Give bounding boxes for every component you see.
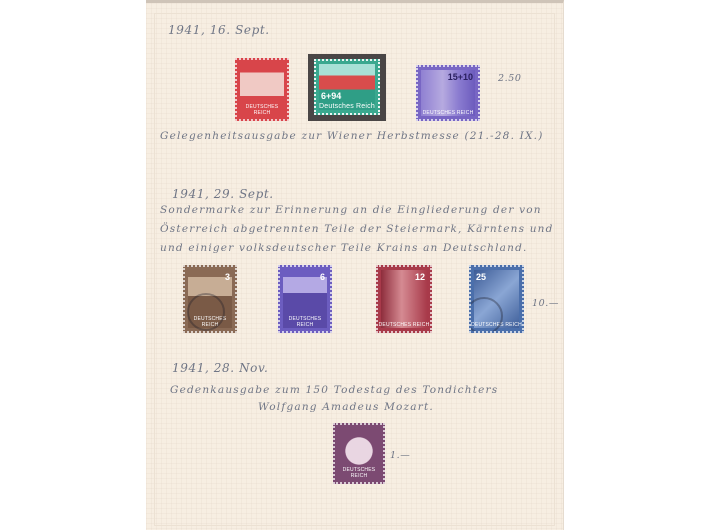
section3-date: 1941, 28. Nov.	[172, 361, 268, 375]
section2-description-line2: Österreich abgetrennten Teile der Steier…	[160, 223, 554, 235]
stamp-mozart[interactable]: DEUTSCHES REICH	[333, 423, 385, 484]
section2-description-line3: und einiger volksdeutscher Teile Krains …	[160, 242, 528, 254]
stamp-country: Deutsches Reich	[316, 103, 378, 110]
section1-price: 2.50	[498, 73, 522, 84]
section2-date: 1941, 29. Sept.	[172, 187, 274, 201]
stamp-country: DEUTSCHES REICH	[418, 110, 478, 116]
section1-description: Gelegenheitsausgabe zur Wiener Herbstmes…	[160, 130, 544, 142]
stamp-country: DEUTSCHES REICH	[237, 104, 287, 116]
stamp-vienna-fair-violet[interactable]: 15+10 DEUTSCHES REICH	[416, 65, 480, 121]
section3-description-line2: Wolfgang Amadeus Mozart.	[258, 401, 434, 413]
stamp-value: 6+94	[321, 91, 341, 101]
stamp-helgoland[interactable]: 6+94 Deutsches Reich	[314, 59, 380, 115]
postmark	[469, 297, 503, 333]
section2-description-line1: Sondermarke zur Erinnerung an die Eingli…	[160, 204, 542, 216]
stamp-value: 6	[320, 272, 325, 282]
stamp-value: 3	[225, 272, 230, 282]
postmark	[187, 293, 225, 331]
stamp-country: DEUTSCHES REICH	[280, 316, 330, 328]
stamp-value: 12	[415, 272, 425, 282]
section2-price: 10.—	[532, 298, 559, 309]
stamp-value: 15+10	[448, 72, 473, 82]
stamp-pettau[interactable]: 12 DEUTSCHES REICH	[376, 265, 432, 333]
stamp-country: DEUTSCHES REICH	[335, 467, 383, 479]
stamp-triglav[interactable]: 25 DEUTSCHES REICH	[469, 265, 524, 333]
stamp-veldes[interactable]: 6 DEUTSCHES REICH	[278, 265, 332, 333]
section3-price: 1.—	[390, 450, 410, 461]
album-page: 1941, 16. Sept. DEUTSCHES REICH 6+94 Deu…	[146, 0, 564, 530]
section3-description-line1: Gedenkausgabe zum 150 Todestag des Tondi…	[170, 384, 498, 396]
stamp-value: 25	[476, 272, 486, 282]
stamp-country: DEUTSCHES REICH	[378, 322, 430, 328]
stamp-marburg[interactable]: 3 DEUTSCHES REICH	[183, 265, 237, 333]
stamp-vienna-fair-red[interactable]: DEUTSCHES REICH	[235, 58, 289, 121]
section1-date: 1941, 16. Sept.	[168, 23, 270, 37]
